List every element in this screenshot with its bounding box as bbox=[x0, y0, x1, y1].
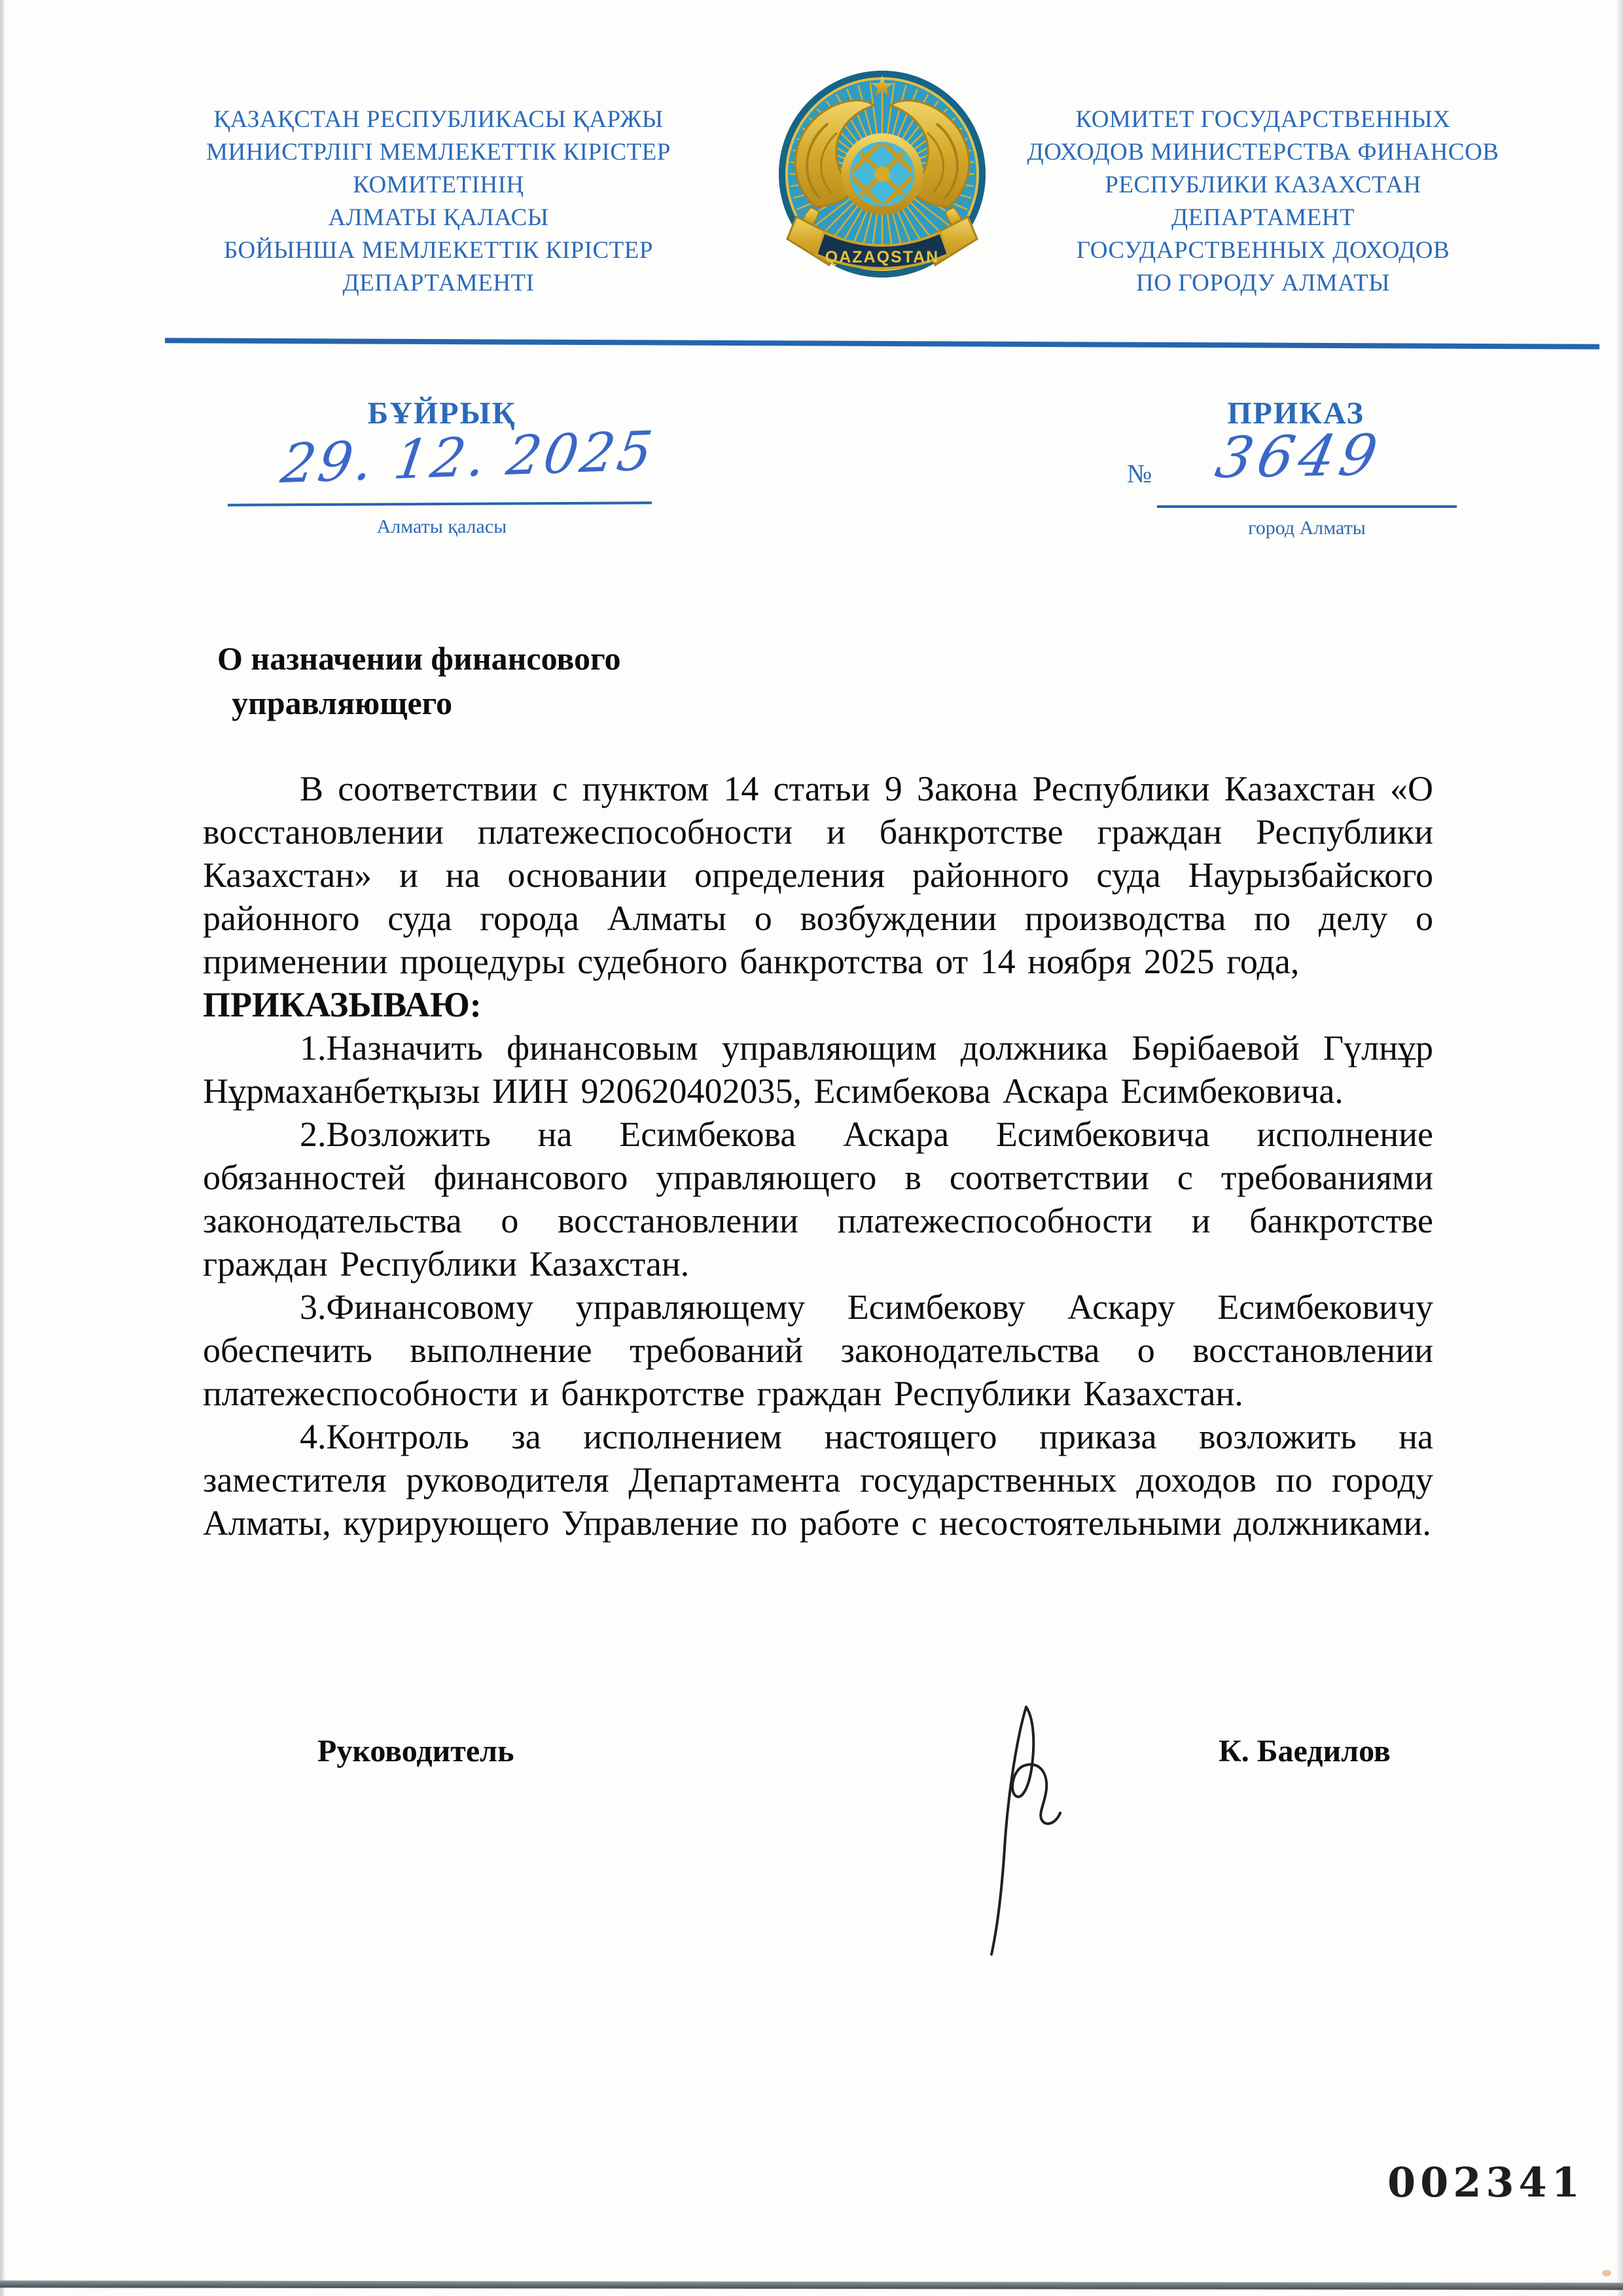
order-item-2: 2.Возложить на Есимбекова Аскара Есимбек… bbox=[203, 1113, 1433, 1285]
form-number-stamp: 002341 bbox=[1387, 2159, 1584, 2206]
document-body: В соответствии с пунктом 14 статьи 9 Зак… bbox=[203, 767, 1433, 1545]
org-ru-line: ПО ГОРОДУ АЛМАТЫ bbox=[952, 267, 1574, 300]
org-kk-line: МИНИСТРЛІГІ МЕМЛЕКЕТТІК КІРІСТЕР bbox=[147, 136, 730, 169]
org-ru-line: РЕСПУБЛИКИ КАЗАХСТАН bbox=[952, 169, 1574, 202]
signer-position-title: Руководитель bbox=[317, 1733, 514, 1769]
date-underline bbox=[228, 501, 652, 506]
org-kk-line: АЛМАТЫ ҚАЛАСЫ bbox=[147, 202, 730, 234]
org-ru-line: КОМИТЕТ ГОСУДАРСТВЕННЫХ bbox=[952, 103, 1574, 136]
handwritten-order-number: 3649 bbox=[1201, 422, 1397, 491]
document-title: О назначении финансового управляющего bbox=[217, 636, 806, 725]
header-org-ru: КОМИТЕТ ГОСУДАРСТВЕННЫХ ДОХОДОВ МИНИСТЕР… bbox=[952, 103, 1574, 300]
document-title-line2: управляющего bbox=[217, 681, 806, 725]
place-label-ru: город Алматы bbox=[1157, 517, 1457, 539]
place-label-kk: Алматы қаласы bbox=[226, 516, 658, 538]
header-org-kk: ҚАЗАҚСТАН РЕСПУБЛИКАСЫ ҚАРЖЫ МИНИСТРЛІГІ… bbox=[147, 103, 730, 300]
org-kk-line: ҚАЗАҚСТАН РЕСПУБЛИКАСЫ ҚАРЖЫ bbox=[147, 103, 730, 136]
org-kk-line: БОЙЫНША МЕМЛЕКЕТТІК КІРІСТЕР bbox=[147, 234, 730, 267]
number-underline bbox=[1157, 505, 1457, 508]
kazakhstan-coat-of-arms-icon: QAZAQSTAN bbox=[774, 65, 990, 285]
page-left-edge-shadow bbox=[0, 0, 5, 2296]
signer-name: К. Баедилов bbox=[1219, 1733, 1391, 1769]
order-item-4: 4.Контроль за исполнением настоящего при… bbox=[203, 1415, 1433, 1545]
scan-speck bbox=[1602, 2270, 1611, 2276]
scanned-order-page: ҚАЗАҚСТАН РЕСПУБЛИКАСЫ ҚАРЖЫ МИНИСТРЛІГІ… bbox=[0, 0, 1623, 2296]
org-kk-line: КОМИТЕТІНІҢ bbox=[147, 169, 730, 202]
org-kk-line: ДЕПАРТАМЕНТІ bbox=[147, 267, 730, 300]
org-ru-line: ДОХОДОВ МИНИСТЕРСТВА ФИНАНСОВ bbox=[952, 136, 1574, 169]
handwritten-date: 29. 12. 2025 bbox=[277, 420, 658, 495]
document-title-line1: О назначении финансового bbox=[217, 636, 806, 681]
resolve-word: ПРИКАЗЫВАЮ: bbox=[203, 983, 1433, 1026]
org-ru-line: ДЕПАРТАМЕНТ bbox=[952, 202, 1574, 234]
header-divider-rule bbox=[165, 338, 1599, 350]
order-item-1: 1.Назначить финансовым управляющим должн… bbox=[203, 1026, 1433, 1113]
page-bottom-edge-shadow bbox=[0, 2280, 1623, 2289]
intro-paragraph: В соответствии с пунктом 14 статьи 9 Зак… bbox=[203, 767, 1433, 983]
number-sign: № bbox=[1127, 458, 1152, 489]
order-item-3: 3.Финансовому управляющему Есимбекову Ас… bbox=[203, 1285, 1433, 1415]
page-right-edge-shadow bbox=[1617, 0, 1623, 2296]
handwritten-signature bbox=[936, 1696, 1126, 1958]
emblem-banner-text: QAZAQSTAN bbox=[825, 248, 939, 266]
org-ru-line: ГОСУДАРСТВЕННЫХ ДОХОДОВ bbox=[952, 234, 1574, 267]
